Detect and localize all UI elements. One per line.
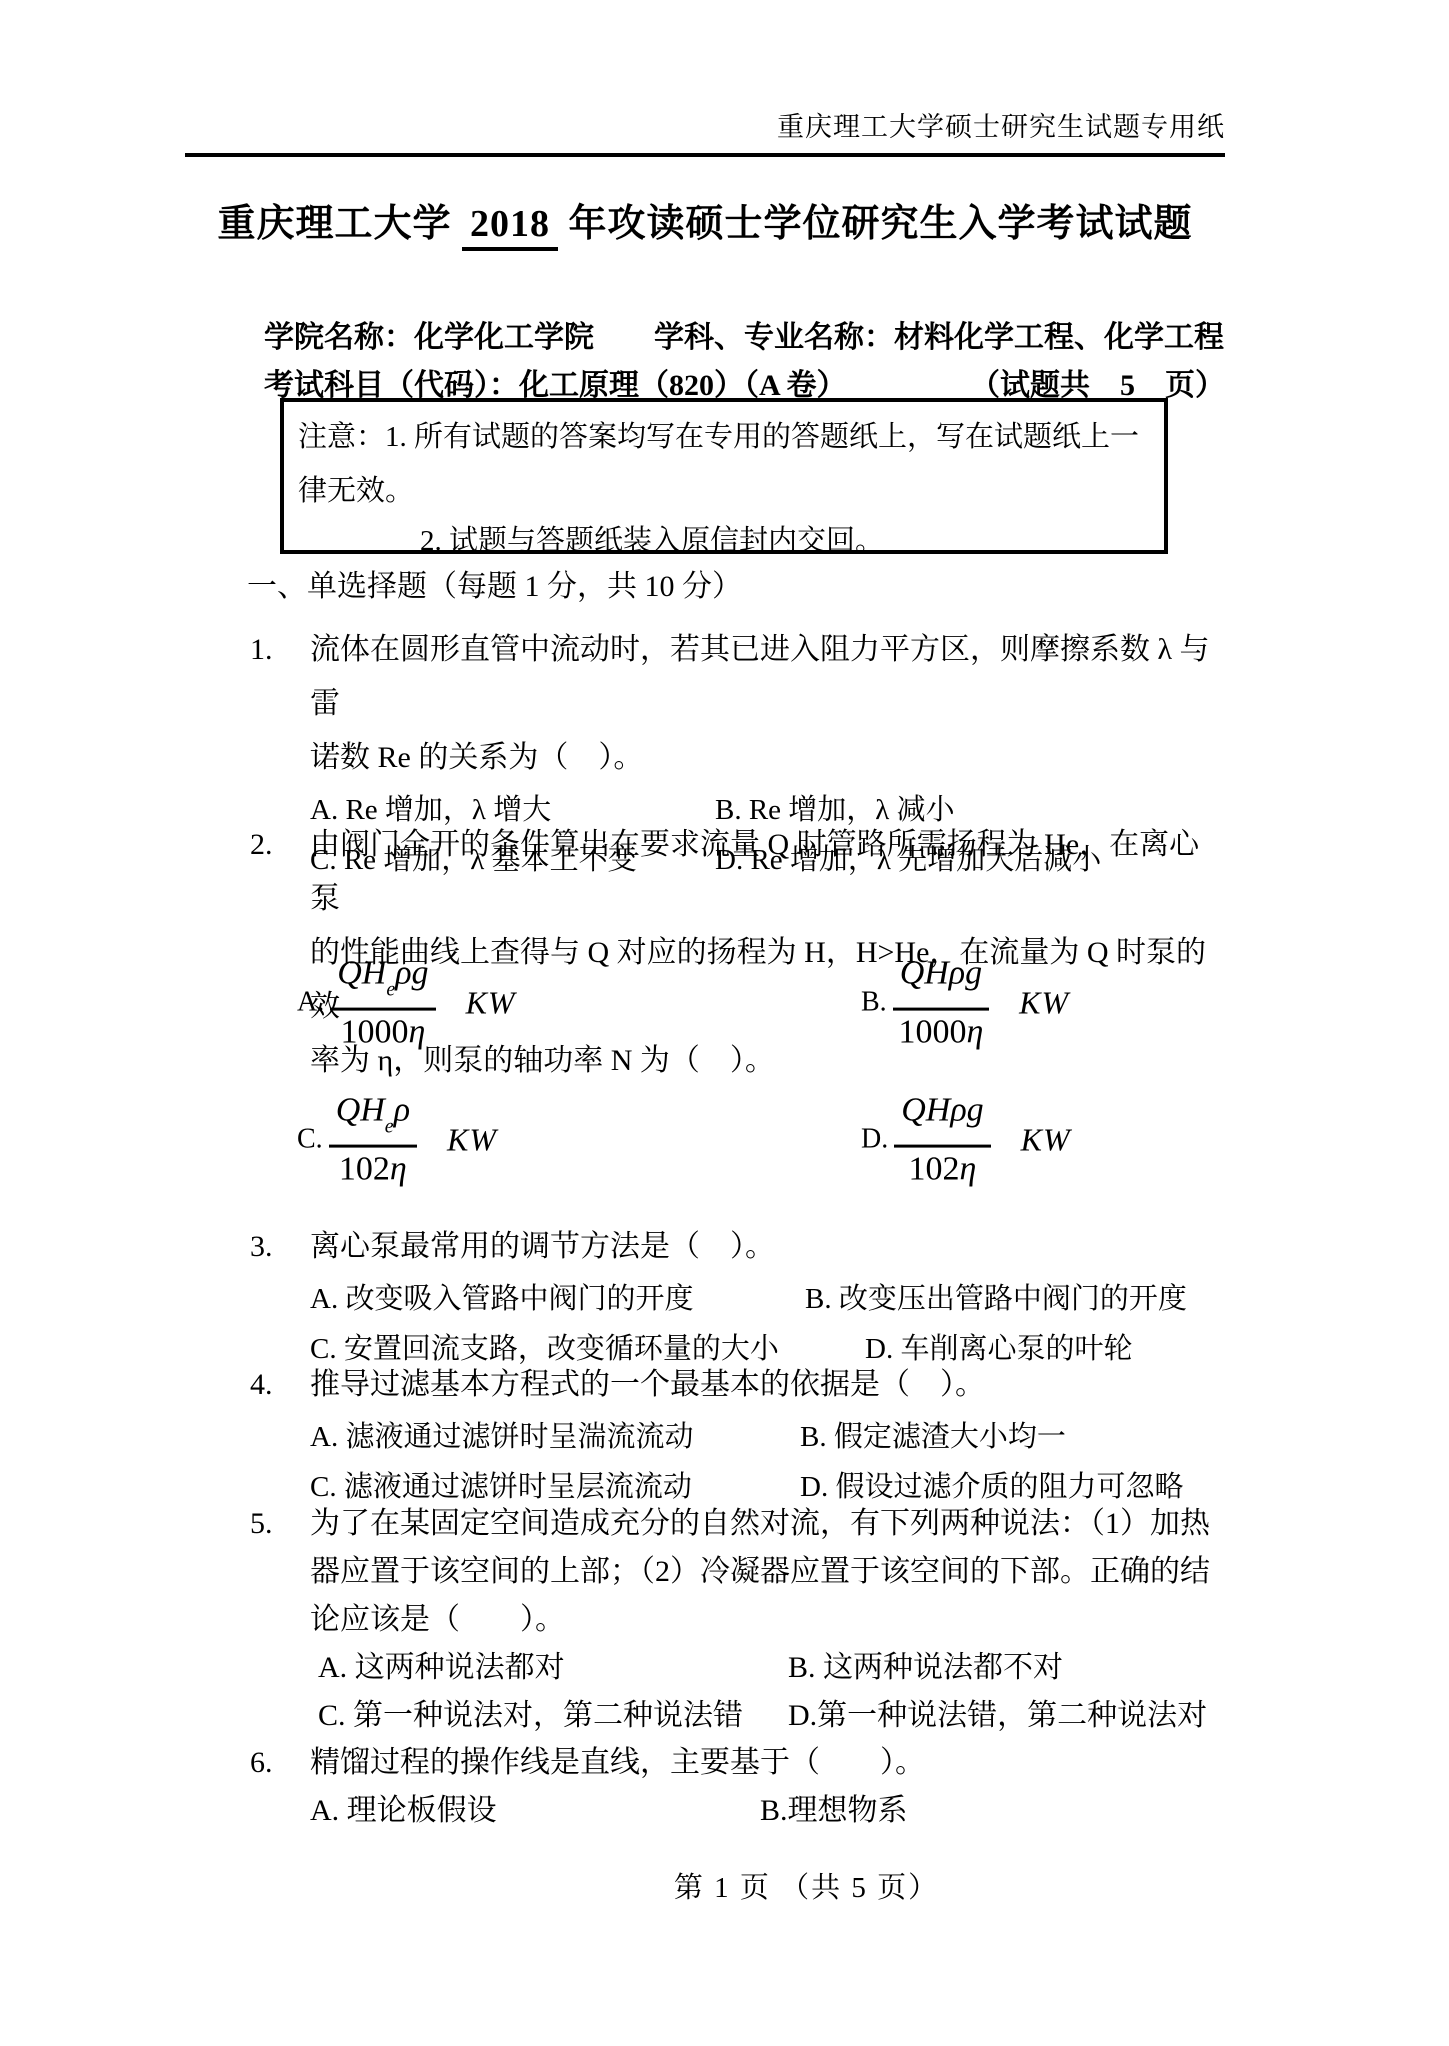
options-row: C. 第一种说法对，第二种说法错 D.第一种说法错，第二种说法对	[310, 1692, 1225, 1740]
numerator-main: QH	[336, 1092, 385, 1129]
fraction-denominator: 1000η	[330, 1010, 435, 1051]
option-a: A. 理论板假设	[310, 1787, 760, 1835]
question-3: 3. 离心泵最常用的调节方法是（ ）。 A. 改变吸入管路中阀门的开度 B. 改…	[185, 1220, 1225, 1374]
question-stem-line: 离心泵最常用的调节方法是（ ）。	[310, 1220, 1225, 1274]
fraction: QHρg 1000η	[893, 955, 989, 1052]
fraction: QHeρ 102η	[329, 1092, 417, 1189]
denominator-symbol: η	[408, 1013, 425, 1050]
option-b: B. 假定滤渣大小均一	[800, 1412, 1225, 1462]
numerator-main: QH	[337, 955, 386, 992]
title-year-underlined: 2018	[462, 203, 558, 251]
numerator-subscript: e	[386, 978, 395, 1000]
question-stem-line: 诺数 Re 的关系为（ ）。	[310, 731, 1225, 785]
fraction-numerator: QHρg	[894, 1092, 990, 1148]
question-stem-line: 推导过滤基本方程式的一个最基本的依据是（ ）。	[310, 1358, 1225, 1412]
denominator-number: 1000	[340, 1013, 408, 1050]
title-prefix: 重庆理工大学	[217, 203, 451, 245]
question-stem-line: 精馏过程的操作线是直线，主要基于（ ）。	[310, 1739, 1225, 1787]
fraction-denominator: 102η	[894, 1147, 990, 1188]
option-b: B. 这两种说法都不对	[788, 1644, 1225, 1692]
page-title: 重庆理工大学 2018 年攻读硕士学位研究生入学考试试题	[185, 198, 1225, 250]
numerator-rest: ρ	[394, 1092, 410, 1129]
option-a: A. 改变吸入管路中阀门的开度	[310, 1274, 805, 1324]
formula-unit: KW	[447, 1121, 497, 1158]
question-body: 精馏过程的操作线是直线，主要基于（ ）。 A. 理论板假设 B.理想物系	[310, 1739, 1225, 1835]
denominator-symbol: η	[390, 1150, 407, 1187]
fraction: QHeρg 1000η	[330, 955, 435, 1052]
question-stem-line: 器应置于该空间的上部；（2）冷凝器应置于该空间的下部。正确的结	[310, 1548, 1225, 1596]
option-d: D.第一种说法错，第二种说法对	[788, 1692, 1225, 1740]
exam-paper-page: 重庆理工大学硕士研究生试题专用纸 重庆理工大学 2018 年攻读硕士学位研究生入…	[0, 0, 1449, 2046]
formula-option-b: B. QHρg 1000η KW	[861, 955, 1069, 1052]
numerator-rest: ρg	[395, 955, 428, 992]
option-b: B. 改变压出管路中阀门的开度	[805, 1274, 1225, 1324]
denominator-number: 102	[339, 1150, 390, 1187]
question-stem-line: 论应该是（ ）。	[310, 1596, 1225, 1644]
formula-unit: KW	[1019, 984, 1069, 1021]
option-b: B.理想物系	[760, 1787, 1225, 1835]
options-row: A. 滤液通过滤饼时呈湍流流动 B. 假定滤渣大小均一	[310, 1412, 1225, 1462]
formula-unit: KW	[466, 984, 516, 1021]
formula-label-d: D.	[861, 1124, 888, 1156]
options-row: A. 改变吸入管路中阀门的开度 B. 改变压出管路中阀门的开度	[310, 1274, 1225, 1324]
title-suffix: 年攻读硕士学位研究生入学考试试题	[569, 203, 1193, 245]
page-number: 第 1 页 （共 5 页）	[82, 1868, 1449, 1908]
numerator-main: QH	[900, 955, 949, 992]
formula-option-c: C. QHeρ 102η KW	[297, 1092, 497, 1189]
question-stem-line: 为了在某固定空间造成充分的自然对流，有下列两种说法：（1）加热	[310, 1500, 1225, 1548]
fraction-numerator: QHeρg	[330, 955, 435, 1011]
formula-row-ab: A. QHeρg 1000η KW B. QHρg 1000η KW	[185, 955, 1225, 1051]
option-c: C. 第一种说法对，第二种说法错	[318, 1692, 788, 1740]
header-note: 重庆理工大学硕士研究生试题专用纸	[185, 110, 1225, 144]
header-divider	[185, 153, 1225, 157]
option-a: A. 滤液通过滤饼时呈湍流流动	[310, 1412, 800, 1462]
question-body: 离心泵最常用的调节方法是（ ）。 A. 改变吸入管路中阀门的开度 B. 改变压出…	[310, 1220, 1225, 1374]
formula-option-a: A. QHeρg 1000η KW	[297, 955, 516, 1052]
numerator-rest: ρg	[949, 955, 982, 992]
fraction: QHρg 102η	[894, 1092, 990, 1189]
notice-box: 注意：1. 所有试题的答案均写在专用的答题纸上，写在试题纸上一 律无效。 2. …	[280, 398, 1168, 554]
fraction-numerator: QHeρ	[329, 1092, 417, 1148]
denominator-symbol: η	[960, 1150, 977, 1187]
question-5: 5. 为了在某固定空间造成充分的自然对流，有下列两种说法：（1）加热 器应置于该…	[185, 1500, 1225, 1740]
formula-option-d: D. QHρg 102η KW	[861, 1092, 1071, 1189]
formula-row-cd: C. QHeρ 102η KW D. QHρg 102η KW	[185, 1092, 1225, 1188]
question-stem-line: 流体在圆形直管中流动时，若其已进入阻力平方区，则摩擦系数 λ 与雷	[310, 623, 1225, 731]
question-number: 6.	[250, 1739, 310, 1835]
numerator-rest: ρg	[950, 1092, 983, 1129]
denominator-symbol: η	[966, 1013, 983, 1050]
denominator-number: 1000	[898, 1013, 966, 1050]
fraction-denominator: 1000η	[893, 1010, 989, 1051]
info-line-college: 学院名称：化学化工学院 学科、专业名称：材料化学工程、化学工程	[185, 318, 1225, 358]
numerator-main: QH	[901, 1092, 950, 1129]
question-number: 4.	[250, 1358, 310, 1512]
section-heading: 一、单选择题（每题 1 分，共 10 分）	[185, 560, 1225, 614]
question-4: 4. 推导过滤基本方程式的一个最基本的依据是（ ）。 A. 滤液通过滤饼时呈湍流…	[185, 1358, 1225, 1512]
numerator-subscript: e	[385, 1115, 394, 1137]
fraction-numerator: QHρg	[893, 955, 989, 1011]
formula-unit: KW	[1021, 1121, 1071, 1158]
formula-label-a: A.	[297, 987, 324, 1019]
formula-label-c: C.	[297, 1124, 323, 1156]
question-number: 3.	[250, 1220, 310, 1374]
notice-line-2: 律无效。	[298, 464, 1148, 518]
notice-line-3: 2. 试题与答题纸装入原信封内交回。	[298, 518, 1148, 564]
options-row: A. 这两种说法都对 B. 这两种说法都不对	[310, 1644, 1225, 1692]
question-6: 6. 精馏过程的操作线是直线，主要基于（ ）。 A. 理论板假设 B.理想物系	[185, 1739, 1225, 1835]
denominator-number: 102	[909, 1150, 960, 1187]
question-stem-line: 由阀门全开的条件算出在要求流量 Q 时管路所需扬程为 He，在离心泵	[310, 818, 1225, 926]
notice-line-1: 注意：1. 所有试题的答案均写在专用的答题纸上，写在试题纸上一	[298, 410, 1148, 464]
question-number: 5.	[250, 1500, 310, 1740]
fraction-denominator: 102η	[329, 1147, 417, 1188]
formula-label-b: B.	[861, 987, 887, 1019]
option-a: A. 这两种说法都对	[318, 1644, 788, 1692]
question-body: 为了在某固定空间造成充分的自然对流，有下列两种说法：（1）加热 器应置于该空间的…	[310, 1500, 1225, 1740]
options-row: A. 理论板假设 B.理想物系	[310, 1787, 1225, 1835]
question-body: 推导过滤基本方程式的一个最基本的依据是（ ）。 A. 滤液通过滤饼时呈湍流流动 …	[310, 1358, 1225, 1512]
